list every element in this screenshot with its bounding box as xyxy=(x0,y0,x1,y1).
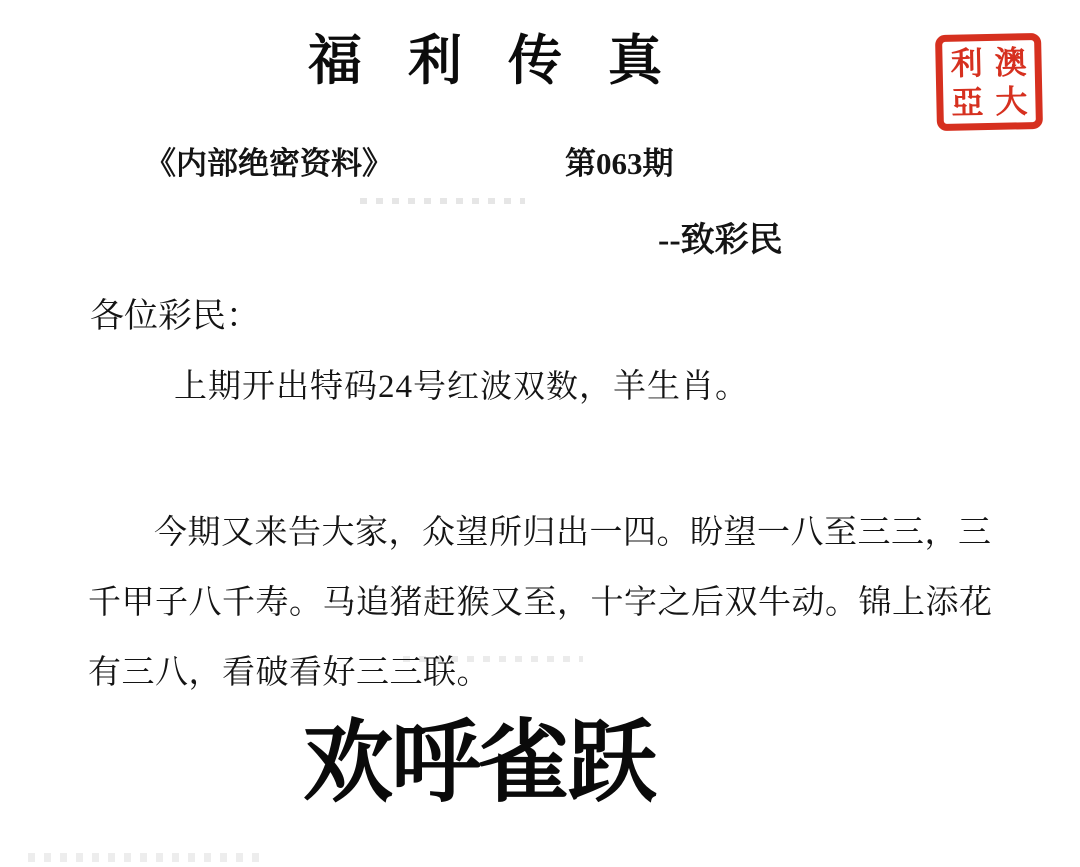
prev-result-highlight: 红波双数 xyxy=(447,368,579,404)
erased-text-artifact xyxy=(28,853,268,862)
fax-document-page: 福利传真 利 澳 亞 大 《内部绝密资料》 第063期 --致彩民 各位彩民： … xyxy=(0,0,1080,867)
paragraph-line: 有三八，看破看好三三联。 xyxy=(88,638,1028,708)
seal-char: 亞 xyxy=(945,82,990,122)
seal-char: 大 xyxy=(989,81,1034,121)
dedication-line: --致彩民 xyxy=(658,212,783,261)
bottom-slogan: 欢呼雀跃 xyxy=(303,708,655,820)
page-title: 福利传真 xyxy=(308,28,708,94)
prev-result-prefix: 上期开出特码24号 xyxy=(174,369,447,405)
paragraph-line: 今期又来告大家，众望所归出一四。盼望一八至三三，三 xyxy=(88,498,1028,568)
doc-classification-label: 《内部绝密资料》 xyxy=(145,138,393,183)
paragraph-line: 千甲子八千寿。马追猪赶猴又至，十字之后双牛动。锦上添花 xyxy=(88,568,1028,638)
prev-result-suffix: ，羊生肖。 xyxy=(579,369,749,405)
seal-char: 利 xyxy=(944,43,989,83)
seal-char: 澳 xyxy=(988,42,1033,82)
erased-text-artifact xyxy=(360,198,525,204)
previous-result-line: 上期开出特码24号红波双数，羊生肖。 xyxy=(90,360,749,407)
red-seal-stamp: 利 澳 亞 大 xyxy=(935,33,1043,131)
tip-paragraph: 今期又来告大家，众望所归出一四。盼望一八至三三，三 千甲子八千寿。马追猪赶猴又至… xyxy=(88,498,1028,708)
salutation-line: 各位彩民： xyxy=(90,288,260,337)
issue-number: 第063期 xyxy=(565,138,674,183)
